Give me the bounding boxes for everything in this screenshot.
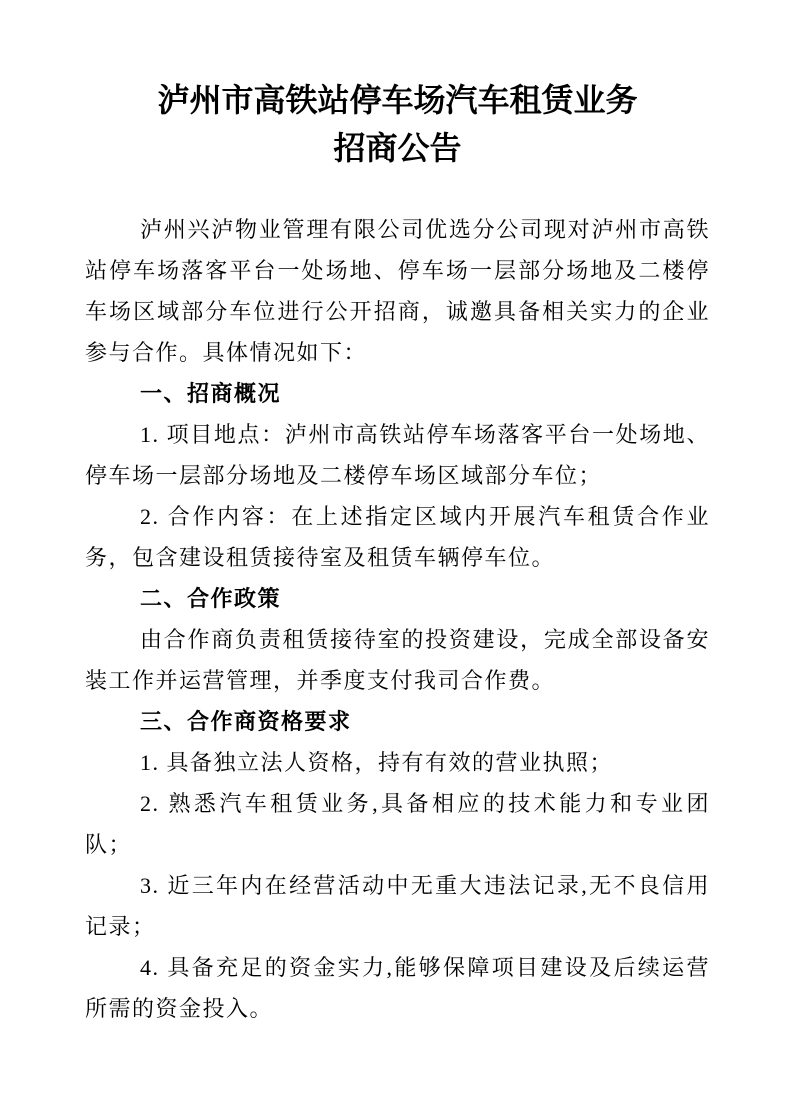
section-3-paragraph-4: 4. 具备充足的资金实力,能够保障项目建设及后续运营所需的资金投入。	[85, 947, 710, 1029]
section-3-paragraph-3: 3. 近三年内在经营活动中无重大违法记录,无不良信用记录；	[85, 865, 710, 947]
section-3-paragraph-1: 1. 具备独立法人资格，持有有效的营业执照；	[85, 742, 710, 783]
document-title: 泸州市高铁站停车场汽车租赁业务 招商公告	[85, 76, 710, 172]
section-heading-1: 一、招商概况	[85, 373, 710, 414]
intro-paragraph: 泸州兴泸物业管理有限公司优选分公司现对泸州市高铁站停车场落客平台一处场地、停车场…	[85, 209, 710, 373]
document-body: 泸州兴泸物业管理有限公司优选分公司现对泸州市高铁站停车场落客平台一处场地、停车场…	[85, 209, 710, 1029]
section-heading-2: 二、合作政策	[85, 578, 710, 619]
document-page: 泸州市高铁站停车场汽车租赁业务 招商公告 泸州兴泸物业管理有限公司优选分公司现对…	[0, 0, 794, 1108]
document-title-line2: 招商公告	[85, 124, 710, 172]
section-2-paragraph-1: 由合作商负责租赁接待室的投资建设，完成全部设备安装工作并运营管理，并季度支付我司…	[85, 619, 710, 701]
document-title-line1: 泸州市高铁站停车场汽车租赁业务	[85, 76, 710, 124]
section-1-paragraph-2: 2. 合作内容：在上述指定区域内开展汽车租赁合作业务，包含建设租赁接待室及租赁车…	[85, 496, 710, 578]
section-heading-3: 三、合作商资格要求	[85, 701, 710, 742]
section-1-paragraph-1: 1. 项目地点：泸州市高铁站停车场落客平台一处场地、停车场一层部分场地及二楼停车…	[85, 414, 710, 496]
section-3-paragraph-2: 2. 熟悉汽车租赁业务,具备相应的技术能力和专业团队；	[85, 783, 710, 865]
